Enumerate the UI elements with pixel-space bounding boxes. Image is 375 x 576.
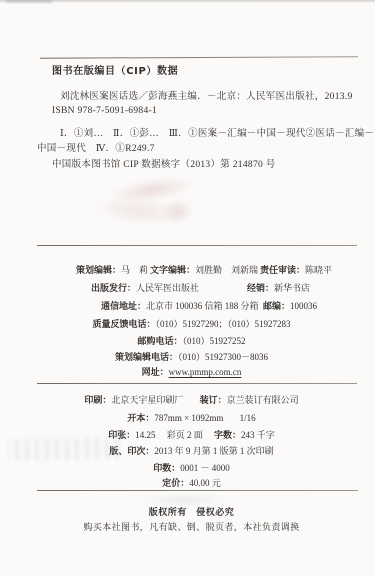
distributor-label: 经销：: [247, 284, 274, 294]
distributor: 经销：新华书店: [247, 281, 310, 294]
format-fraction: 1/16: [240, 413, 256, 423]
print-run-label: 印数：: [153, 464, 180, 474]
word-count-value: 243 千字: [241, 430, 275, 440]
planning-editor: 策划编辑：马 莉: [76, 263, 148, 276]
format-label: 开本：: [127, 414, 154, 424]
postcode-value: 100036: [290, 301, 317, 311]
edition-label: 版、印次：: [109, 447, 154, 457]
copyright-notice: 版权所有 侵权必究: [0, 505, 375, 518]
text-editor-value: 刘胜勤 刘新瑞: [195, 265, 258, 275]
cip-title-line: 刘沈林医案医话选／彭海燕主编．－北京：人民军医出版社，2013.9: [60, 88, 353, 102]
price-value: 40.00 元: [189, 478, 221, 488]
planning-tel-value: （010）51927300－8036: [178, 352, 268, 362]
printer-row: 印刷：北京天宇星印刷厂 装订：京兰装订有限公司: [0, 393, 375, 406]
sheets: 印张：14.25: [108, 430, 155, 440]
printer-value: 北京天宇星印刷厂: [111, 395, 183, 405]
mail-order-phone-value: （010）51927252: [183, 336, 246, 346]
cip-classification-line-2: 中国－现代 Ⅳ．①R249.7: [37, 140, 155, 154]
publisher-value: 人民军医出版社: [136, 283, 199, 293]
publisher-label: 出版发行：: [91, 284, 136, 294]
postcode: 邮编：100036: [263, 299, 317, 312]
binder: 装订：京兰装订有限公司: [200, 395, 299, 405]
feedback-phone-value: （010）51927290；（010）51927283: [156, 319, 291, 329]
isbn-line: ISBN 978-7-5091-6984-1: [52, 106, 157, 116]
website-url: www.pmmp.com.cn: [169, 367, 242, 377]
reviewer: 责任审读：陈晓平: [260, 263, 332, 276]
publisher-row: 出版发行：人民军医出版社 经销：新华书店: [91, 281, 310, 294]
color-pages: 彩页 2 面: [167, 430, 203, 440]
feedback-phone-label: 质量反馈电话：: [92, 320, 155, 330]
planning-tel-row: 策划编辑电话：（010）51927300－8036: [0, 350, 375, 363]
scan-corner-shadow: [6, 0, 52, 3]
address-label: 通信地址：: [101, 302, 146, 312]
top-rule-line: [40, 56, 358, 58]
format: 开本：787mm × 1092mm: [127, 413, 223, 423]
divider-rule-line: [37, 383, 357, 384]
divider-rule-line: [37, 245, 357, 246]
mail-order-phone-label: 邮购电话：: [137, 337, 182, 347]
ink-bleed-smudge: [163, 198, 193, 224]
edition-row: 版、印次：2013 年 9 月第 1 版第 1 次印刷: [0, 444, 375, 457]
price-label: 定价：: [162, 479, 189, 489]
address-row: 通信地址：北京市 100036 信箱 188 分箱 邮编：100036: [101, 299, 317, 312]
distributor-value: 新华书店: [274, 283, 310, 293]
editors-row: 策划编辑：马 莉 文字编辑：刘胜勤 刘新瑞 责任审读：陈晓平: [76, 263, 332, 276]
exchange-policy: 购买本社图书，凡有缺、倒、脱页者，本社负责调换: [0, 520, 375, 533]
sheets-value: 14.25: [135, 430, 155, 440]
text-editor: 文字编辑：刘胜勤 刘新瑞: [150, 263, 258, 276]
divider-rule-line: [37, 490, 358, 491]
address: 通信地址：北京市 100036 信箱 188 分箱: [101, 299, 259, 312]
format-value: 787mm × 1092mm: [154, 413, 223, 423]
binder-label: 装订：: [200, 396, 227, 406]
sheets-label: 印张：: [108, 431, 135, 441]
ink-bleed-smudge: [107, 173, 197, 207]
binder-value: 京兰装订有限公司: [227, 395, 299, 405]
postcode-label: 邮编：: [263, 302, 290, 312]
print-run-value: 0001 － 4000: [180, 463, 230, 473]
text-editor-label: 文字编辑：: [150, 266, 195, 276]
planning-editor-label: 策划编辑：: [76, 266, 121, 276]
reviewer-label: 责任审读：: [260, 266, 305, 276]
edition-value: 2013 年 9 月第 1 版第 1 次印刷: [154, 446, 273, 456]
website-row: 网址：www.pmmp.com.cn: [0, 365, 375, 378]
copyright-page: 图书在版编目（CIP）数据 刘沈林医案医话选／彭海燕主编．－北京：人民军医出版社…: [0, 0, 375, 576]
cip-heading: 图书在版编目（CIP）数据: [52, 62, 178, 77]
price-row: 定价：40.00 元: [0, 476, 375, 489]
word-count: 字数：243 千字: [214, 430, 275, 440]
cip-record-number-line: 中国版本图书馆 CIP 数据核字（2013）第 214870 号: [52, 156, 276, 170]
ink-bleed-smudge: [91, 192, 189, 230]
feedback-phone-row: 质量反馈电话：（010）51927290；（010）51927283: [0, 317, 375, 330]
print-run-row: 印数：0001 － 4000: [0, 461, 375, 474]
reviewer-value: 陈晓平: [305, 265, 332, 275]
planning-editor-value: 马 莉: [121, 265, 148, 275]
cip-classification-line-1: Ⅰ．①刘… Ⅱ．①彭… Ⅲ．①医案－汇编－中国－现代②医话－汇编－: [60, 125, 374, 139]
format-row: 开本：787mm × 1092mm 1/16: [0, 411, 375, 424]
sheets-row: 印张：14.25 彩页 2 面 字数：243 千字: [0, 428, 375, 441]
planning-tel-label: 策划编辑电话：: [115, 353, 178, 363]
address-value: 北京市 100036 信箱 188 分箱: [146, 301, 259, 311]
word-count-label: 字数：: [214, 431, 241, 441]
website-label: 网址：: [142, 368, 169, 378]
printer-label: 印刷：: [84, 396, 111, 406]
scan-top-edge: [0, 0, 375, 3]
printer: 印刷：北京天宇星印刷厂: [84, 395, 183, 405]
mail-order-phone-row: 邮购电话：（010）51927252: [0, 334, 375, 347]
publisher: 出版发行：人民军医出版社: [91, 281, 199, 294]
